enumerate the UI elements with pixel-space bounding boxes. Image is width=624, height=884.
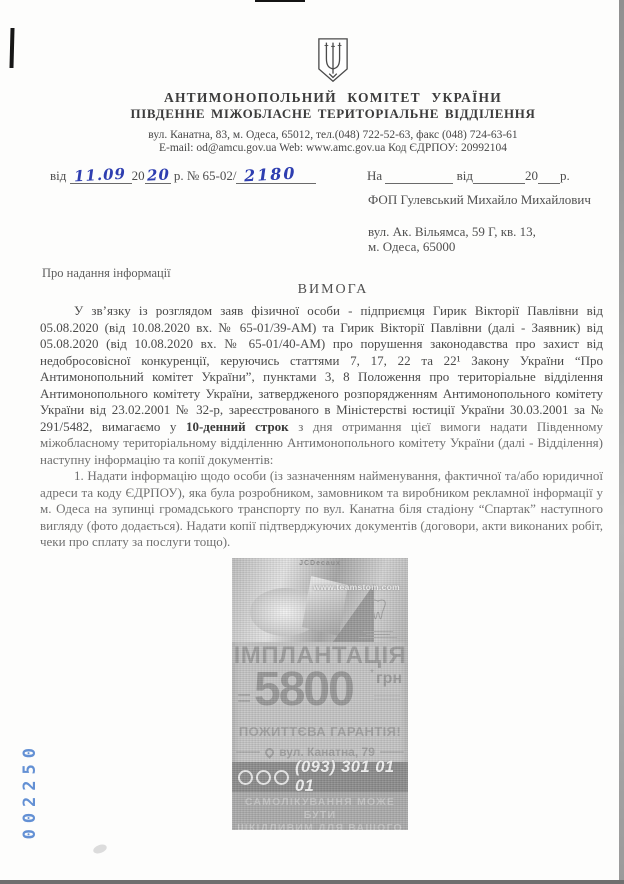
ad-guarantee-text: ПОЖИТТЄВА ГАРАНТІЯ! (232, 724, 408, 739)
scan-artifact-left-bar (9, 28, 14, 68)
ad-phone-number: (093) 301 01 01 (295, 758, 408, 796)
ad-phone-band: (093) 301 01 01 (232, 762, 408, 792)
outgoing-year-blank: 20 (145, 168, 171, 184)
incoming-year-suffix: р. (560, 168, 570, 183)
ad-price-row: 5800 * грн (232, 666, 408, 724)
incoming-date-blank (473, 168, 525, 184)
org-name-line1: АНТИМОНОПОЛЬНИЙ КОМІТЕТ УКРАЇНИ (64, 90, 602, 106)
social-icon-3 (274, 770, 289, 785)
ad-logo-script-line (359, 637, 397, 638)
trident-emblem-icon (317, 37, 349, 84)
recipient-block: ФОП Гулевський Михайло Михайлович вул. А… (368, 192, 591, 254)
ad-price-prefix-marks (238, 690, 250, 706)
outgoing-century: 20 (132, 168, 145, 183)
social-icon-1 (238, 770, 253, 785)
registration-stamp-number: 002250 (20, 742, 48, 852)
scan-edge-bottom (0, 880, 624, 884)
attached-ad-photo: JCDecaux www.teamstom.com ІМПЛАНТАЦІЯ 58… (232, 558, 408, 830)
scan-edge-right (619, 0, 624, 884)
ad-price-footnote-lines (374, 692, 400, 703)
incoming-year-blank (538, 168, 560, 184)
org-contacts-line: E-mail: od@amcu.gov.ua Web: www.amc.gov.… (64, 142, 602, 154)
handwritten-year: 20 (146, 165, 170, 184)
ad-price-currency: грн (376, 670, 402, 688)
ad-website: www.teamstom.com (313, 582, 400, 592)
scan-smudge (92, 843, 108, 855)
scanned-letter-page: АНТИМОНОПОЛЬНИЙ КОМІТЕТ УКРАЇНИ ПІВДЕННЕ… (0, 0, 624, 884)
ad-disclaimer-line1: САМОЛІКУВАННЯ МОЖЕ БУТИ (232, 796, 408, 822)
ad-disclaimer: САМОЛІКУВАННЯ МОЖЕ БУТИ ШКІДЛИВИМ ДЛЯ ВА… (232, 792, 408, 830)
outgoing-number-blank: 2180 (236, 168, 316, 184)
ad-disclaimer-line2: ШКІДЛИВИМ ДЛЯ ВАШОГО ЗДОРОВ'Я (232, 822, 408, 830)
handwritten-date: 11.09 (73, 165, 126, 186)
ad-clinic-logo (356, 596, 400, 640)
social-icon-2 (256, 770, 271, 785)
ad-vendor-label: JCDecaux (232, 560, 408, 567)
org-name-line2: ПІВДЕННЕ МІЖОБЛАСНЕ ТЕРИТОРІАЛЬНЕ ВІДДІЛ… (64, 106, 602, 122)
ad-logo-script-line (363, 631, 393, 632)
ad-price-asterisk: * (370, 668, 374, 679)
recipient-name: ФОП Гулевський Михайло Михайлович (368, 192, 591, 207)
document-title: ВИМОГА (64, 282, 602, 298)
ad-price-value: 5800 (254, 662, 353, 717)
outgoing-vid-label: від (50, 168, 66, 183)
handwritten-number: 2180 (244, 164, 297, 186)
incoming-reference-line: На від20р. (367, 168, 570, 184)
paragraph-1: У зв’язку із розглядом заяв фізичної осо… (40, 303, 603, 468)
org-address-line: вул. Канатна, 83, м. Одеса, 65012, тел.(… (64, 129, 602, 141)
letter-body: У зв’язку із розглядом заяв фізичної осо… (40, 303, 603, 551)
tooth-icon (366, 596, 390, 624)
recipient-address-line2: м. Одеса, 65000 (368, 239, 591, 254)
subject-line: Про надання інформації (42, 266, 171, 281)
outgoing-number-prefix: р. № 65-02/ (174, 168, 237, 183)
paragraph-1-text: У зв’язку із розглядом заяв фізичної осо… (40, 303, 603, 434)
ad-logo-script-line (366, 634, 390, 635)
outgoing-reference-line: від 11.09 20 20 р. № 65-02/ 2180 (50, 168, 316, 184)
paragraph-2: 1. Надати інформацію щодо особи (із зазн… (40, 468, 603, 551)
location-pin-icon (263, 746, 276, 759)
ad-address-text: вул. Канатна, 79 (279, 745, 375, 759)
ad-address-dash-right (380, 751, 404, 753)
ad-address-dash-left (236, 751, 260, 753)
incoming-century: 20 (525, 168, 538, 183)
stamp-digits: 002250 (20, 742, 40, 839)
outgoing-date-blank: 11.09 (70, 168, 132, 184)
incoming-vid-label: від (457, 168, 473, 183)
paragraph-1-bold-term: 10-денний строк (186, 419, 289, 434)
scan-artifact-top-line (255, 0, 305, 2)
recipient-address-line1: вул. Ак. Вільямса, 59 Г, кв. 13, (368, 224, 591, 239)
incoming-number-blank (385, 168, 453, 184)
incoming-na-label: На (367, 168, 382, 183)
